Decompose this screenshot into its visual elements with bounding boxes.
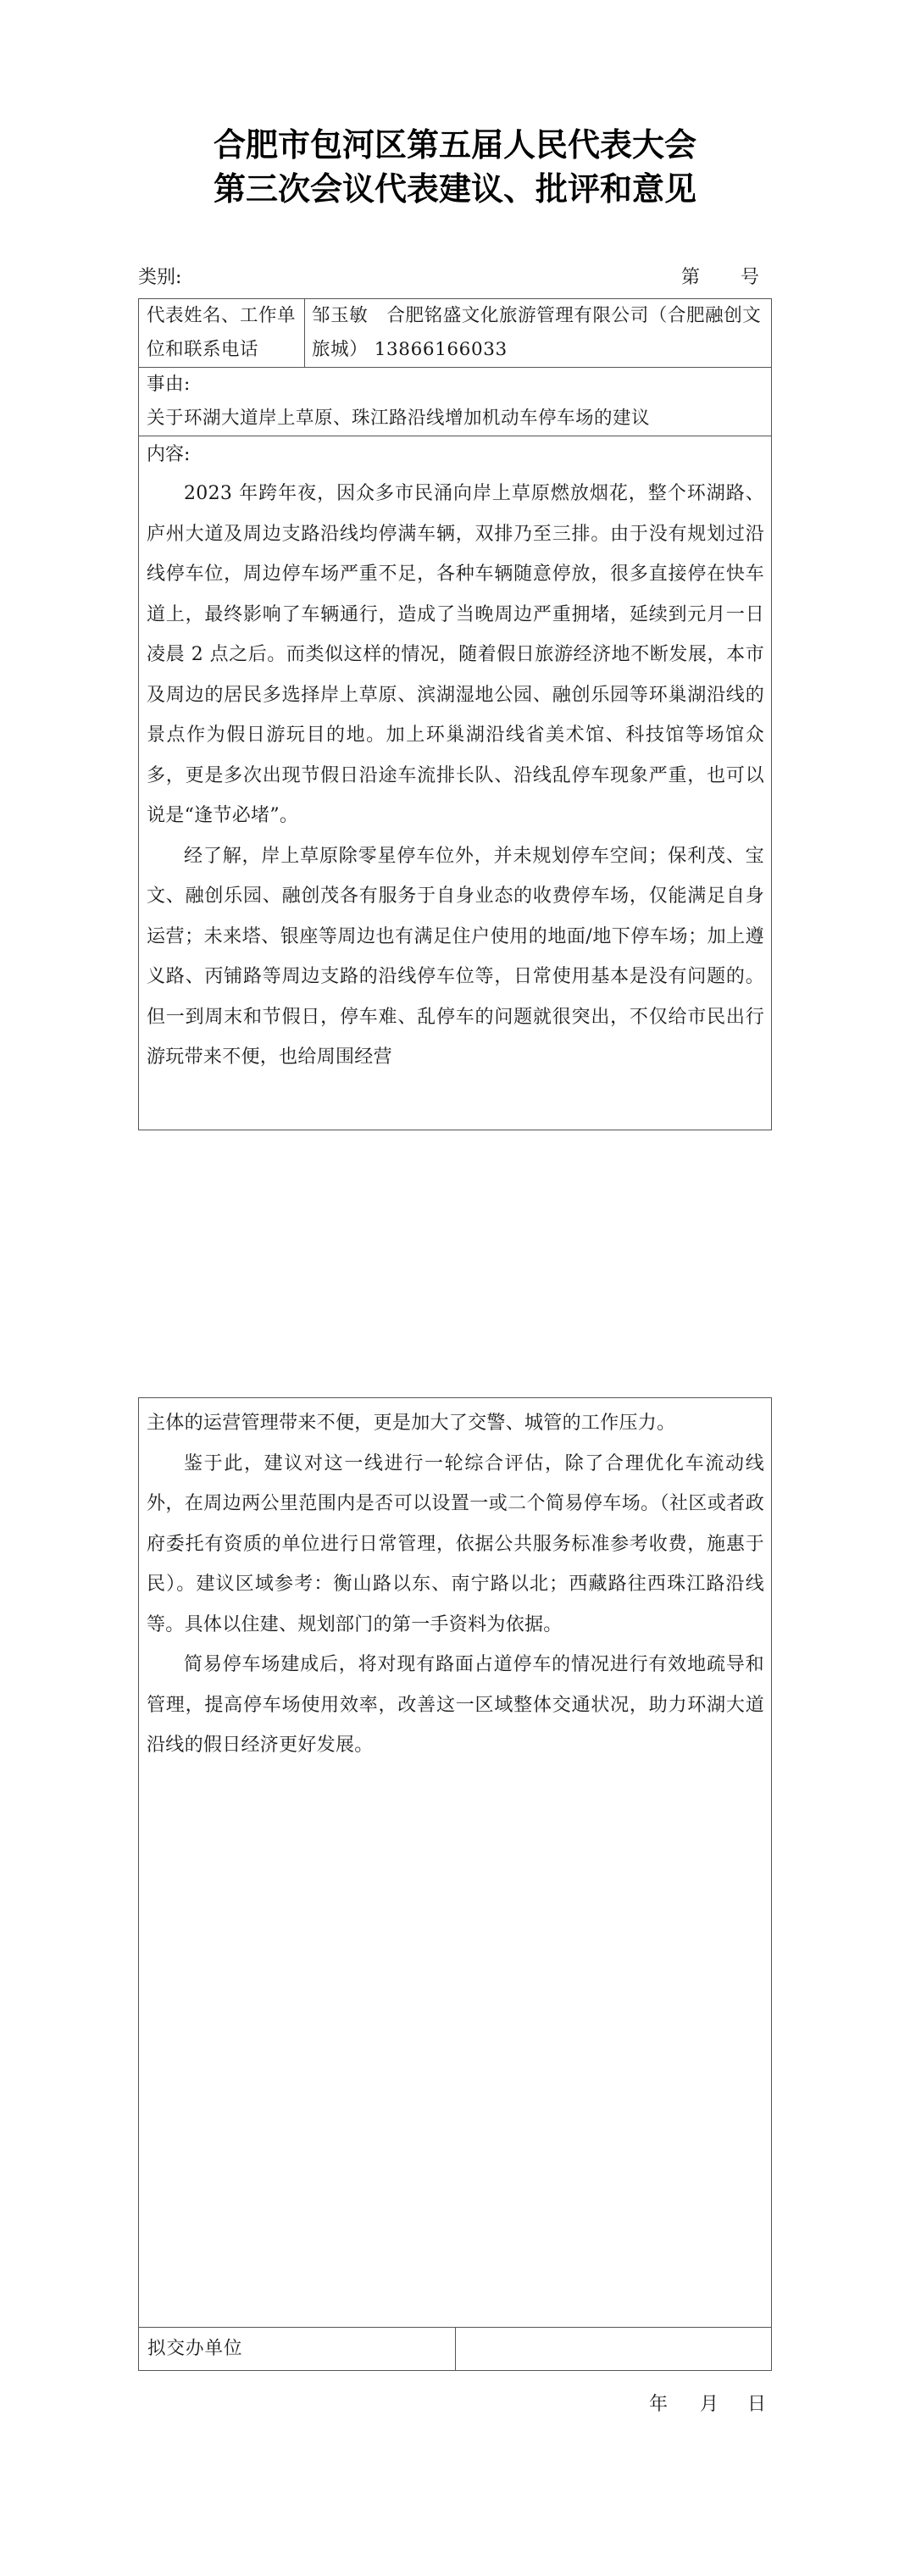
content-paragraph: 经了解，岸上草原除零星停车位外，并未规划停车空间；保利茂、宝文、融创乐园、融创茂… [147, 836, 764, 1078]
representative-row: 代表姓名、工作单位和联系电话 邹玉敏 合肥铭盛文化旅游管理有限公司（合肥融创文旅… [139, 299, 772, 368]
content-continued-row: 主体的运营管理带来不便，更是加大了交警、城管的工作压力。 鉴于此，建议对这一线进… [139, 1398, 772, 2328]
date-day: 日 [747, 2390, 766, 2416]
content-paragraph: 2023 年跨年夜，因众多市民涌向岸上草原燃放烟花，整个环湖路、庐州大道及周边支… [147, 474, 764, 836]
document-title-line2: 第三次会议代表建议、批评和意见 [0, 163, 910, 209]
date-year: 年 [649, 2390, 668, 2416]
assignment-row: 拟交办单位 [139, 2328, 772, 2371]
content-cell-page1: 内容: 2023 年跨年夜，因众多市民涌向岸上草原燃放烟花，整个环湖路、庐州大道… [139, 436, 772, 1130]
subject-text: 关于环湖大道岸上草原、珠江路沿线增加机动车停车场的建议 [147, 402, 764, 436]
meta-row: 类别: 第号 [138, 263, 771, 288]
content-paragraph: 主体的运营管理带来不便，更是加大了交警、城管的工作压力。 [147, 1403, 764, 1444]
subject-row: 事由: 关于环湖大道岸上草原、珠江路沿线增加机动车停车场的建议 [139, 368, 772, 436]
number-prefix: 第 [681, 263, 700, 289]
assignment-value [455, 2328, 772, 2371]
serial-number: 第号 [681, 263, 759, 289]
category-label: 类别: [138, 263, 181, 289]
representative-label: 代表姓名、工作单位和联系电话 [139, 299, 305, 368]
content-cell-page2: 主体的运营管理带来不便，更是加大了交警、城管的工作压力。 鉴于此，建议对这一线进… [139, 1398, 772, 2328]
content-row: 内容: 2023 年跨年夜，因众多市民涌向岸上草原燃放烟花，整个环湖路、庐州大道… [139, 436, 772, 1130]
document-title-line1: 合肥市包河区第五届人民代表大会 [0, 119, 910, 165]
content-paragraph: 简易停车场建成后，将对现有路面占道停车的情况进行有效地疏导和管理，提高停车场使用… [147, 1645, 764, 1766]
date-line: 年月日 [649, 2390, 766, 2416]
date-month: 月 [700, 2390, 719, 2416]
subject-label: 事由: [147, 368, 764, 402]
subject-cell: 事由: 关于环湖大道岸上草原、珠江路沿线增加机动车停车场的建议 [139, 368, 772, 436]
form-table-page2: 主体的运营管理带来不便，更是加大了交警、城管的工作压力。 鉴于此，建议对这一线进… [138, 1397, 772, 2371]
content-paragraph: 鉴于此，建议对这一线进行一轮综合评估，除了合理优化车流动线外，在周边两公里范围内… [147, 1444, 764, 1646]
number-suffix: 号 [741, 263, 759, 289]
form-table-page1: 代表姓名、工作单位和联系电话 邹玉敏 合肥铭盛文化旅游管理有限公司（合肥融创文旅… [138, 298, 772, 1130]
assignment-label: 拟交办单位 [139, 2328, 456, 2371]
content-label: 内容: [147, 436, 764, 474]
representative-value: 邹玉敏 合肥铭盛文化旅游管理有限公司（合肥融创文旅城） 13866166033 [305, 299, 772, 368]
